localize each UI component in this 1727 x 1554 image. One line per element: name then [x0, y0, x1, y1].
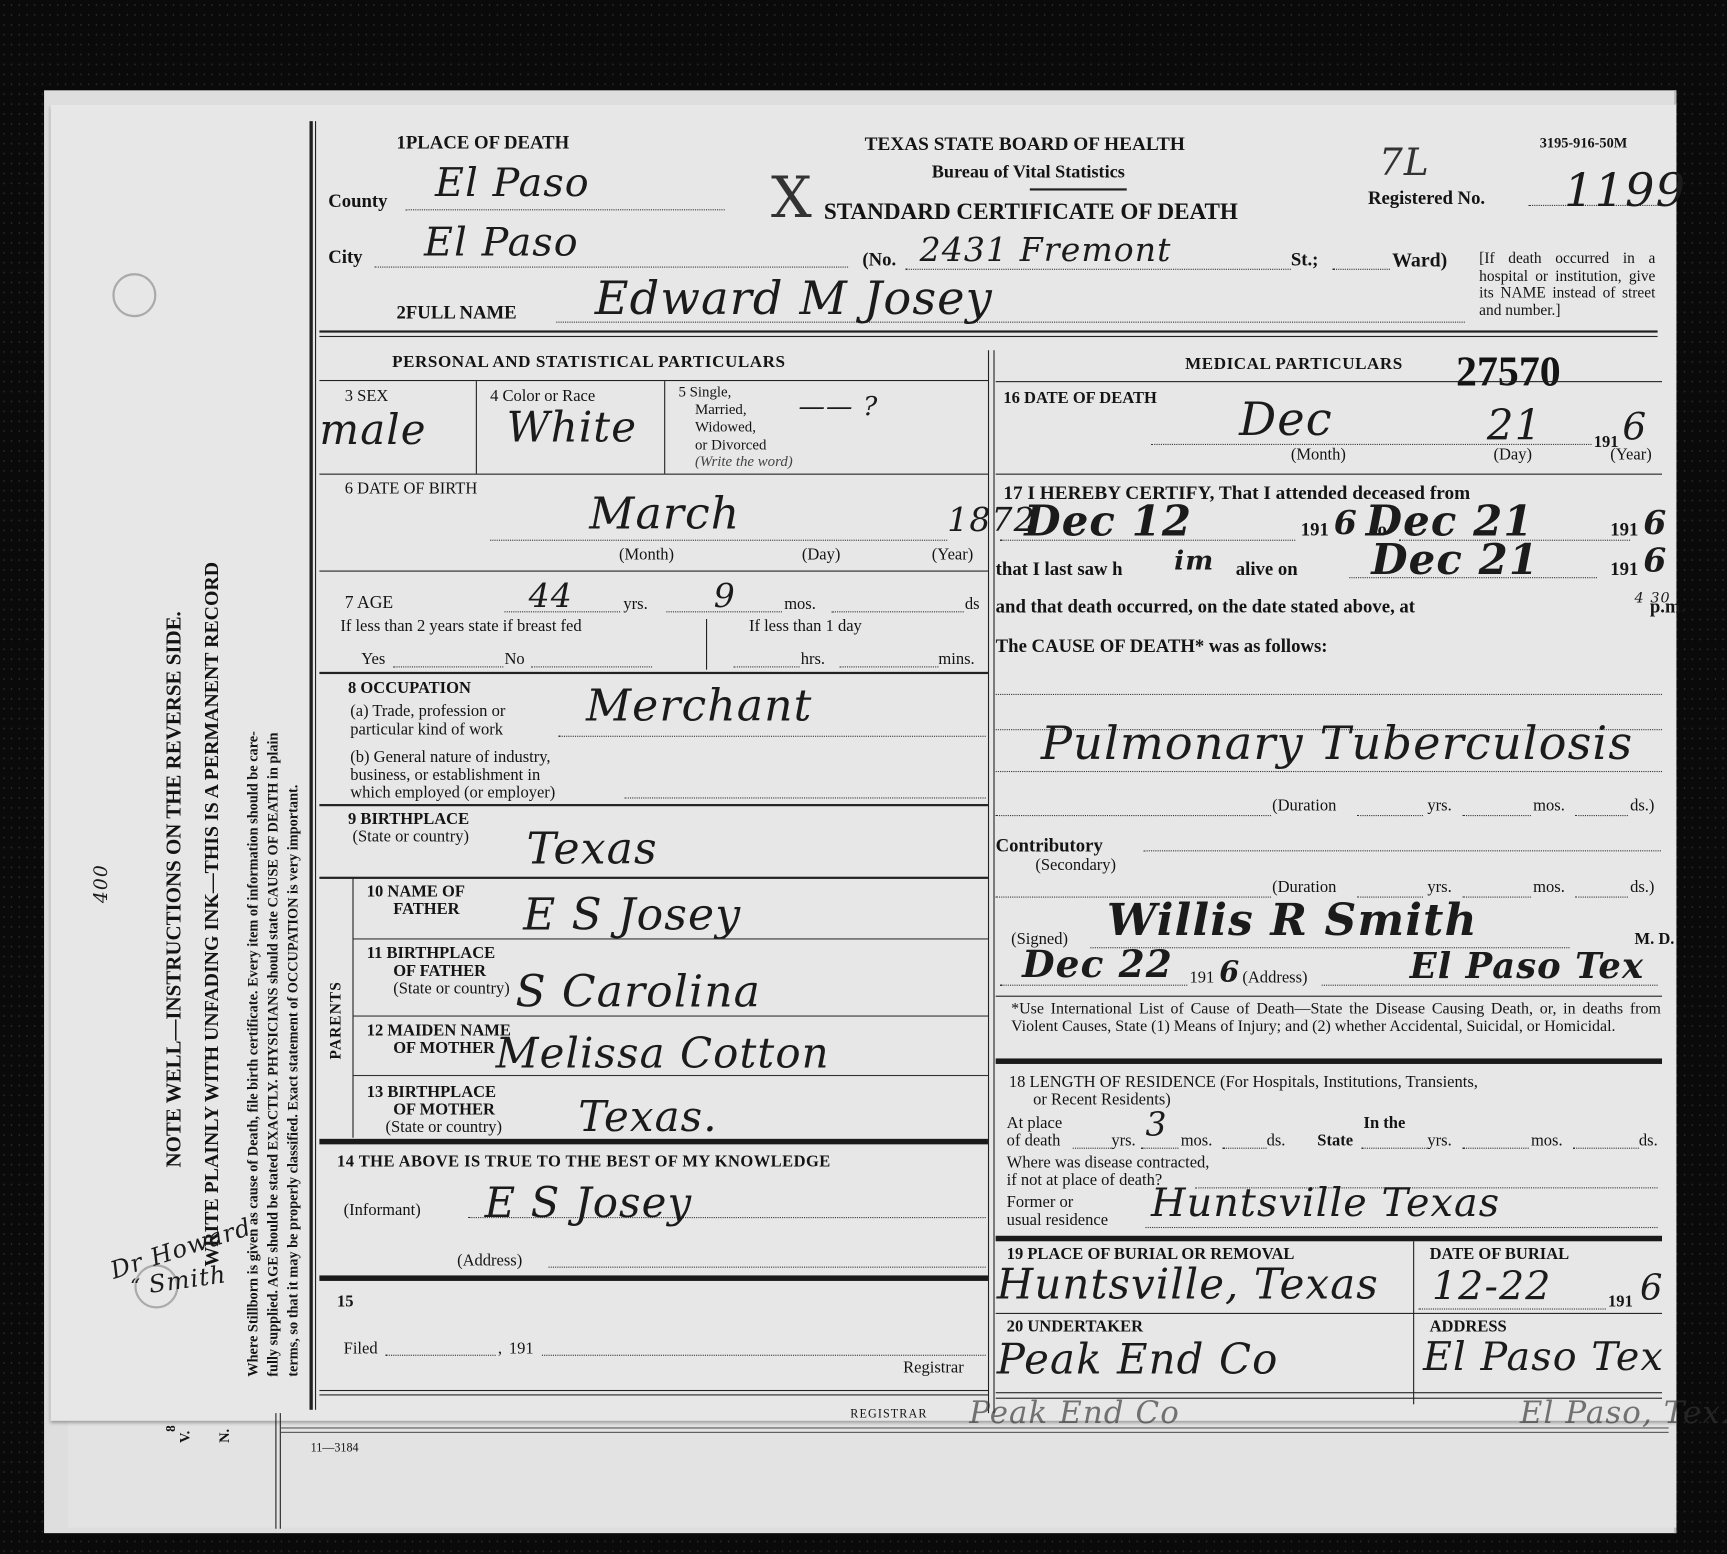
- duration-mos-label: mos.: [1533, 797, 1565, 815]
- mother-birthplace-label-1: 13 BIRTHPLACE: [367, 1084, 496, 1102]
- breastfed-no-label: No: [504, 651, 524, 669]
- cause-of-death-value: Pulmonary Tuberculosis: [1041, 716, 1633, 770]
- personal-section-header: PERSONAL AND STATISTICAL PARTICULARS: [392, 352, 785, 372]
- county-label: County: [328, 193, 387, 211]
- former-residence-label-1: Former or: [1007, 1194, 1074, 1212]
- form-left-border-inner: [315, 121, 316, 1410]
- hospital-note: [If death occurred in a hospital or inst…: [1479, 251, 1655, 319]
- former-residence-label-2: usual residence: [1007, 1212, 1108, 1230]
- father-birthplace-label-1: 11 BIRTHPLACE: [367, 945, 495, 963]
- last-saw-year-prefix: 191: [1610, 558, 1638, 580]
- marital-label-4: or Divorced: [695, 436, 766, 453]
- agency-title: TEXAS STATE BOARD OF HEALTH: [865, 132, 1185, 155]
- father-name-label-2: FATHER: [393, 901, 459, 919]
- physician-address: El Paso Tex: [1410, 945, 1644, 987]
- burial-place-value: Huntsville, Texas: [997, 1260, 1379, 1308]
- sex-label: 3 SEX: [345, 388, 389, 406]
- signed-year: 6: [1219, 956, 1240, 989]
- burial-year-prefix: 191: [1608, 1293, 1633, 1311]
- father-name-value: E S Josey: [523, 890, 741, 941]
- age-yrs-label: yrs.: [623, 596, 647, 614]
- secondary-label: (Secondary): [1035, 857, 1116, 875]
- last-saw-pronoun: im: [1174, 544, 1214, 576]
- father-birthplace-label-2: OF FATHER: [393, 963, 486, 981]
- title-rule: [1030, 188, 1127, 190]
- in-state-ds-label: ds.: [1639, 1132, 1658, 1150]
- dob-month-caption: (Month): [619, 546, 674, 564]
- age-ds-label: ds: [965, 596, 980, 614]
- signed-year-prefix: 191: [1190, 969, 1215, 987]
- dob-year: 1872: [947, 501, 1036, 540]
- mother-name-label-2: OF MOTHER: [393, 1040, 495, 1058]
- residence-label-1: 18 LENGTH OF RESIDENCE (For Hospitals, I…: [1009, 1074, 1478, 1092]
- side-mark-2: V.: [176, 1431, 194, 1443]
- in-state-label-2: State: [1317, 1132, 1353, 1150]
- father-birthplace-label-3: (State or country): [393, 980, 510, 998]
- note-well-instruction: NOTE WELL—INSTRUCTIONS ON THE REVERSE SI…: [163, 611, 187, 1167]
- father-name-label-1: 10 NAME OF: [367, 883, 465, 901]
- breastfed-label: If less than 2 years state if breast fed: [340, 618, 581, 636]
- duration-ds-label: ds.): [1630, 797, 1654, 815]
- side-mark-3: N.: [216, 1429, 234, 1443]
- birthplace-value: Texas: [526, 824, 657, 875]
- city-label: City: [328, 249, 362, 267]
- occ-b-label-3: which employed (or employer): [350, 784, 555, 802]
- bottom-registrar-label: REGISTRAR: [850, 1408, 927, 1421]
- occupation-label: 8 OCCUPATION: [348, 680, 471, 698]
- marital-label-1: 5 Single,: [678, 383, 731, 400]
- death-day: 21: [1487, 401, 1542, 449]
- marital-label-2: Married,: [695, 401, 747, 418]
- registered-mark: 7L: [1379, 141, 1430, 185]
- instruction-line-occupation: terms, so that it may be properly classi…: [284, 785, 302, 1377]
- registrar-label: Registrar: [903, 1359, 964, 1377]
- marital-label-5: (Write the word): [695, 453, 793, 470]
- occ-b-label-2: business, or establishment in: [350, 767, 540, 785]
- certificate-title: STANDARD CERTIFICATE OF DEATH: [824, 198, 1238, 226]
- undertaker-address-label: ADDRESS: [1430, 1318, 1507, 1336]
- birthplace-sublabel: (State or country): [352, 828, 469, 846]
- burial-date-value: 12-22: [1432, 1264, 1552, 1309]
- at-place-months: 3: [1145, 1106, 1167, 1145]
- ward-label: Ward): [1392, 249, 1447, 272]
- age-mos-label: mos.: [784, 596, 816, 614]
- punch-hole: [112, 273, 156, 317]
- filed-label: Filed: [344, 1340, 378, 1358]
- signed-date: Dec 22: [1022, 943, 1173, 987]
- instruction-line-stillborn: Where Stillborn is given as cause of Dea…: [245, 731, 263, 1377]
- form-number-top: 3195-916-50M: [1540, 134, 1627, 152]
- check-mark: X: [771, 165, 813, 231]
- death-month-caption: (Month): [1291, 446, 1346, 464]
- street-no-label: (No.: [862, 251, 896, 269]
- in-state-mos-label: mos.: [1531, 1132, 1563, 1150]
- mother-name-value: Melissa Cotton: [496, 1029, 830, 1077]
- undertaker-value: Peak End Co: [997, 1335, 1279, 1383]
- mins-label: mins.: [938, 651, 974, 669]
- physician-address-label: (Address): [1242, 969, 1307, 987]
- contributory-label: Contributory: [996, 835, 1103, 857]
- burial-date-label: DATE OF BURIAL: [1430, 1246, 1570, 1264]
- write-plainly-instruction: WRITE PLAINLY WITH UNFADING INK—THIS IS …: [200, 562, 223, 1267]
- at-place-ds-label: ds.: [1267, 1132, 1286, 1150]
- contracted-label-1: Where was disease contracted,: [1007, 1154, 1210, 1172]
- attended-from-date: Dec 12: [1024, 496, 1192, 546]
- underlying-sheet-bottom: [68, 1412, 1676, 1528]
- mother-birthplace-label-3: (State or country): [385, 1119, 502, 1137]
- duration-2-ds-label: ds.): [1630, 879, 1654, 897]
- street-suffix: St.;: [1291, 251, 1319, 269]
- in-state-label-1: In the: [1364, 1115, 1406, 1133]
- duration-label: (Duration: [1272, 797, 1336, 815]
- informant-statement: 14 THE ABOVE IS TRUE TO THE BEST OF MY K…: [337, 1153, 831, 1171]
- instruction-line-age: fully supplied. AGE should be stated EXA…: [264, 732, 282, 1376]
- underlay-address: El Paso, Tex.: [1520, 1394, 1727, 1430]
- death-time-statement: and that death occurred, on the date sta…: [996, 596, 1415, 618]
- filed-year-prefix: 191: [509, 1340, 534, 1358]
- medical-section-header: MEDICAL PARTICULARS: [1185, 355, 1403, 375]
- dob-year-caption: (Year): [932, 546, 973, 564]
- at-place-label-1: At place: [1007, 1115, 1063, 1133]
- last-saw-label: that I last saw h: [996, 558, 1123, 580]
- occupation-value: Merchant: [586, 681, 812, 732]
- physician-signature: Willis R Smith: [1107, 894, 1478, 946]
- mother-birthplace-label-2: OF MOTHER: [393, 1101, 495, 1119]
- former-residence-value: Huntsville Texas: [1151, 1181, 1500, 1226]
- hrs-label: hrs.: [801, 651, 825, 669]
- informant-address-label: (Address): [457, 1252, 522, 1270]
- informant-value: E S Josey: [485, 1178, 693, 1226]
- duration-yrs-label: yrs.: [1427, 797, 1451, 815]
- date-of-death-label: 16 DATE OF DEATH: [1003, 390, 1156, 408]
- last-saw-date: Dec 21: [1371, 534, 1539, 584]
- marital-value: —— ?: [799, 391, 879, 422]
- full-name-value: Edward M Josey: [595, 271, 993, 325]
- place-of-death-label: 1PLACE OF DEATH: [397, 134, 570, 152]
- dob-day-caption: (Day): [802, 546, 841, 564]
- age-label: 7 AGE: [345, 595, 393, 613]
- breastfed-yes-label: Yes: [361, 651, 385, 669]
- at-place-yrs-label: yrs.: [1111, 1132, 1135, 1150]
- parents-label: PARENTS: [328, 981, 346, 1060]
- street-value: 2431 Fremont: [920, 231, 1172, 270]
- form-left-border: [309, 121, 312, 1410]
- informant-label: (Informant): [344, 1202, 421, 1220]
- death-time-suffix: p.m.: [1650, 596, 1685, 618]
- death-month: Dec: [1239, 392, 1333, 446]
- margin-note-number: 400: [90, 864, 112, 903]
- attended-to-year: 6: [1643, 504, 1667, 543]
- father-birthplace-value: S Carolina: [515, 967, 761, 1018]
- full-name-label: 2FULL NAME: [397, 302, 517, 324]
- certificate-number: 27570: [1456, 348, 1561, 396]
- underlay-undertaker: Peak End Co: [969, 1394, 1180, 1430]
- form-number-bottom: 11—3184: [311, 1442, 359, 1455]
- sex-value: male: [319, 405, 426, 453]
- bureau-title: Bureau of Vital Statistics: [932, 161, 1125, 183]
- in-state-yrs-label: yrs.: [1427, 1132, 1451, 1150]
- death-year-suffix: 6: [1622, 405, 1647, 449]
- dob-month: March: [589, 489, 740, 540]
- undertaker-label: 20 UNDERTAKER: [1007, 1318, 1143, 1336]
- occ-a-label-2: particular kind of work: [350, 721, 503, 739]
- less-than-day-label: If less than 1 day: [749, 618, 862, 636]
- occ-a-label-1: (a) Trade, profession or: [350, 703, 505, 721]
- death-day-caption: (Day): [1493, 446, 1532, 464]
- at-place-mos-label: mos.: [1181, 1132, 1213, 1150]
- mother-name-label-1: 12 MAIDEN NAME: [367, 1022, 511, 1040]
- filed-comma: ,: [498, 1340, 502, 1358]
- dob-label: 6 DATE OF BIRTH: [345, 480, 478, 498]
- registered-no-value: 1199: [1564, 163, 1686, 217]
- age-months: 9: [714, 577, 736, 616]
- attended-from-year: 6: [1334, 504, 1358, 543]
- occ-b-label-1: (b) General nature of industry,: [350, 749, 550, 767]
- burial-year-suffix: 6: [1640, 1267, 1664, 1309]
- county-value: El Paso: [435, 161, 590, 206]
- age-years: 44: [529, 577, 573, 616]
- mother-birthplace-value: Texas.: [578, 1093, 717, 1141]
- cause-footnote: *Use International List of Cause of Deat…: [1011, 1001, 1661, 1035]
- margin-ditto-mark: “: [130, 1275, 141, 1298]
- marital-label-3: Widowed,: [695, 419, 756, 436]
- last-saw-year: 6: [1643, 542, 1667, 581]
- undertaker-address-value: El Paso Tex: [1423, 1335, 1664, 1380]
- attended-to-year-prefix: 191: [1610, 519, 1638, 541]
- contracted-label-2: if not at place of death?: [1007, 1172, 1163, 1190]
- at-place-label-2: of death: [1007, 1132, 1061, 1150]
- scan-stage: NOTE WELL—INSTRUCTIONS ON THE REVERSE SI…: [0, 0, 1727, 1554]
- death-year-caption: (Year): [1610, 446, 1651, 464]
- duration-2-mos-label: mos.: [1533, 879, 1565, 897]
- birthplace-label: 9 BIRTHPLACE: [348, 811, 469, 829]
- cause-of-death-label: The CAUSE OF DEATH* was as follows:: [996, 636, 1328, 658]
- registered-no-label: Registered No.: [1368, 187, 1485, 209]
- attended-from-year-prefix: 191: [1301, 519, 1329, 541]
- alive-on-label: alive on: [1236, 558, 1298, 580]
- race-value: White: [507, 403, 637, 451]
- city-value: El Paso: [424, 220, 579, 265]
- filing-number: 15: [337, 1293, 354, 1311]
